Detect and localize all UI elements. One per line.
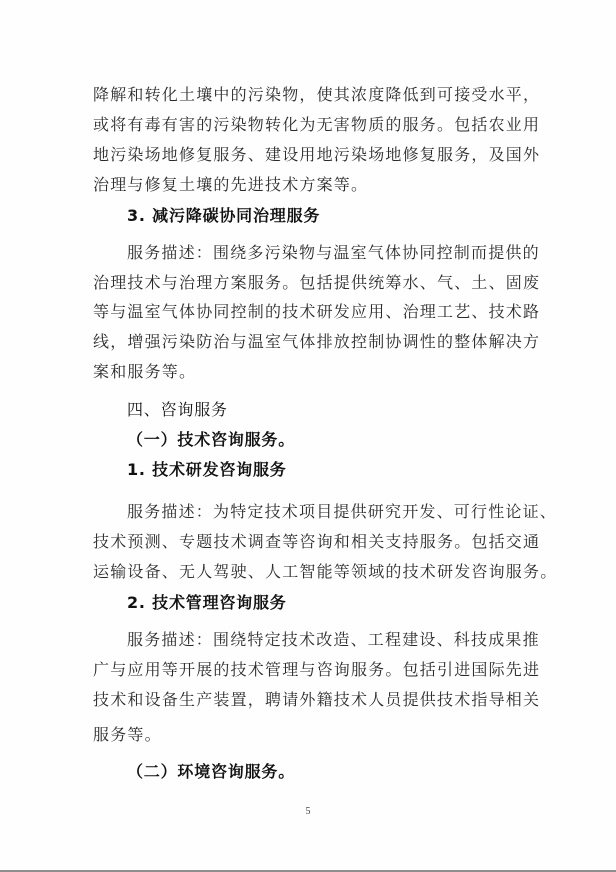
paragraph-line: 等与温室气体协同控制的技术研发应用、治理工艺、技术路 (93, 297, 533, 327)
section-heading: 四、咨询服务 (127, 395, 567, 425)
section-heading: 3. 减污降碳协同治理服务 (127, 201, 567, 231)
page-number: 5 (300, 806, 316, 817)
paragraph-line: 技术预测、专题技术调查等咨询和相关支持服务。包括交通 (93, 527, 533, 557)
paragraph-line: 服务描述：为特定技术项目提供研究开发、可行性论证、 (127, 497, 567, 527)
document-page: 降解和转化土壤中的污染物，使其浓度降低到可接受水平，或将有毒有害的污染物转化为无… (0, 0, 616, 870)
paragraph-line: 案和服务等。 (93, 357, 533, 387)
paragraph-line: 降解和转化土壤中的污染物，使其浓度降低到可接受水平， (93, 80, 533, 110)
paragraph-line: 广与应用等开展的技术管理与咨询服务。包括引进国际先进 (93, 655, 533, 685)
section-heading: 1. 技术研发咨询服务 (127, 455, 567, 485)
paragraph-line: 线，增强污染防治与温室气体排放控制协调性的整体解决方 (93, 327, 533, 357)
paragraph-line: 治理技术与治理方案服务。包括提供统筹水、气、土、固废 (93, 268, 533, 298)
paragraph-line: 或将有毒有害的污染物转化为无害物质的服务。包括农业用 (93, 110, 533, 140)
paragraph-line: 技术和设备生产装置，聘请外籍技术人员提供技术指导相关 (93, 685, 533, 715)
paragraph-line: 运输设备、无人驾驶、人工智能等领域的技术研发咨询服务。 (93, 557, 533, 587)
paragraph-line: 治理与修复土壤的先进技术方案等。 (93, 170, 533, 200)
paragraph-line: 服务描述：围绕特定技术改造、工程建设、科技成果推 (127, 625, 567, 655)
paragraph-line: 地污染场地修复服务、建设用地污染场地修复服务，及国外 (93, 140, 533, 170)
paragraph-line: 服务等。 (93, 720, 533, 750)
section-heading: （一）技术咨询服务。 (127, 425, 567, 455)
section-heading: （二）环境咨询服务。 (127, 757, 567, 787)
paragraph-line: 服务描述：围绕多污染物与温室气体协同控制而提供的 (127, 238, 567, 268)
section-heading: 2. 技术管理咨询服务 (127, 588, 567, 618)
